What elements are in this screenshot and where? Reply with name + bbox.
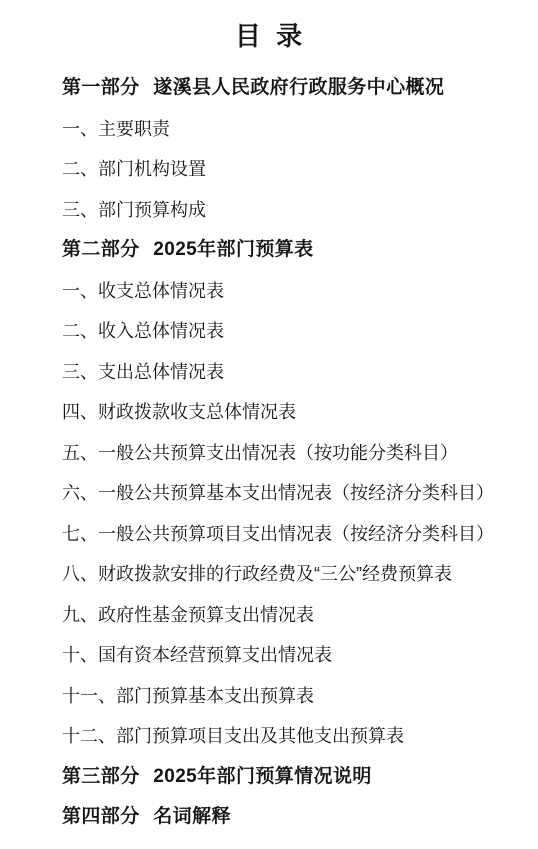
toc-item: 二、收入总体情况表 [62, 311, 528, 352]
page-title: 目 录 [0, 16, 538, 56]
toc-item: 七、一般公共预算项目支出情况表（按经济分类科目） [62, 514, 528, 555]
toc-item: 五、一般公共预算支出情况表（按功能分类科目） [62, 433, 528, 474]
toc-item: 一、收支总体情况表 [62, 271, 528, 312]
toc-item: 十一、部门预算基本支出预算表 [62, 676, 528, 717]
toc-section-heading: 第三部分 2025年部门预算情况说明 [62, 757, 528, 798]
document-page: 目 录 第一部分 遂溪县人民政府行政服务中心概况一、主要职责二、部门机构设置三、… [0, 0, 538, 849]
toc-item: 八、财政拨款安排的行政经费及“三公”经费预算表 [62, 554, 528, 595]
toc-item: 三、支出总体情况表 [62, 352, 528, 393]
toc-section-heading: 第二部分 2025年部门预算表 [62, 230, 528, 271]
toc-item: 四、财政拨款收支总体情况表 [62, 392, 528, 433]
toc-section-heading: 第一部分 遂溪县人民政府行政服务中心概况 [62, 68, 528, 109]
toc-list: 第一部分 遂溪县人民政府行政服务中心概况一、主要职责二、部门机构设置三、部门预算… [0, 68, 538, 838]
toc-item: 十、国有资本经营预算支出情况表 [62, 635, 528, 676]
toc-item: 九、政府性基金预算支出情况表 [62, 595, 528, 636]
toc-section-heading: 第四部分 名词解释 [62, 797, 528, 838]
toc-item: 六、一般公共预算基本支出情况表（按经济分类科目） [62, 473, 528, 514]
toc-item: 一、主要职责 [62, 109, 528, 150]
toc-item: 十二、部门预算项目支出及其他支出预算表 [62, 716, 528, 757]
toc-item: 二、部门机构设置 [62, 149, 528, 190]
toc-item: 三、部门预算构成 [62, 190, 528, 231]
